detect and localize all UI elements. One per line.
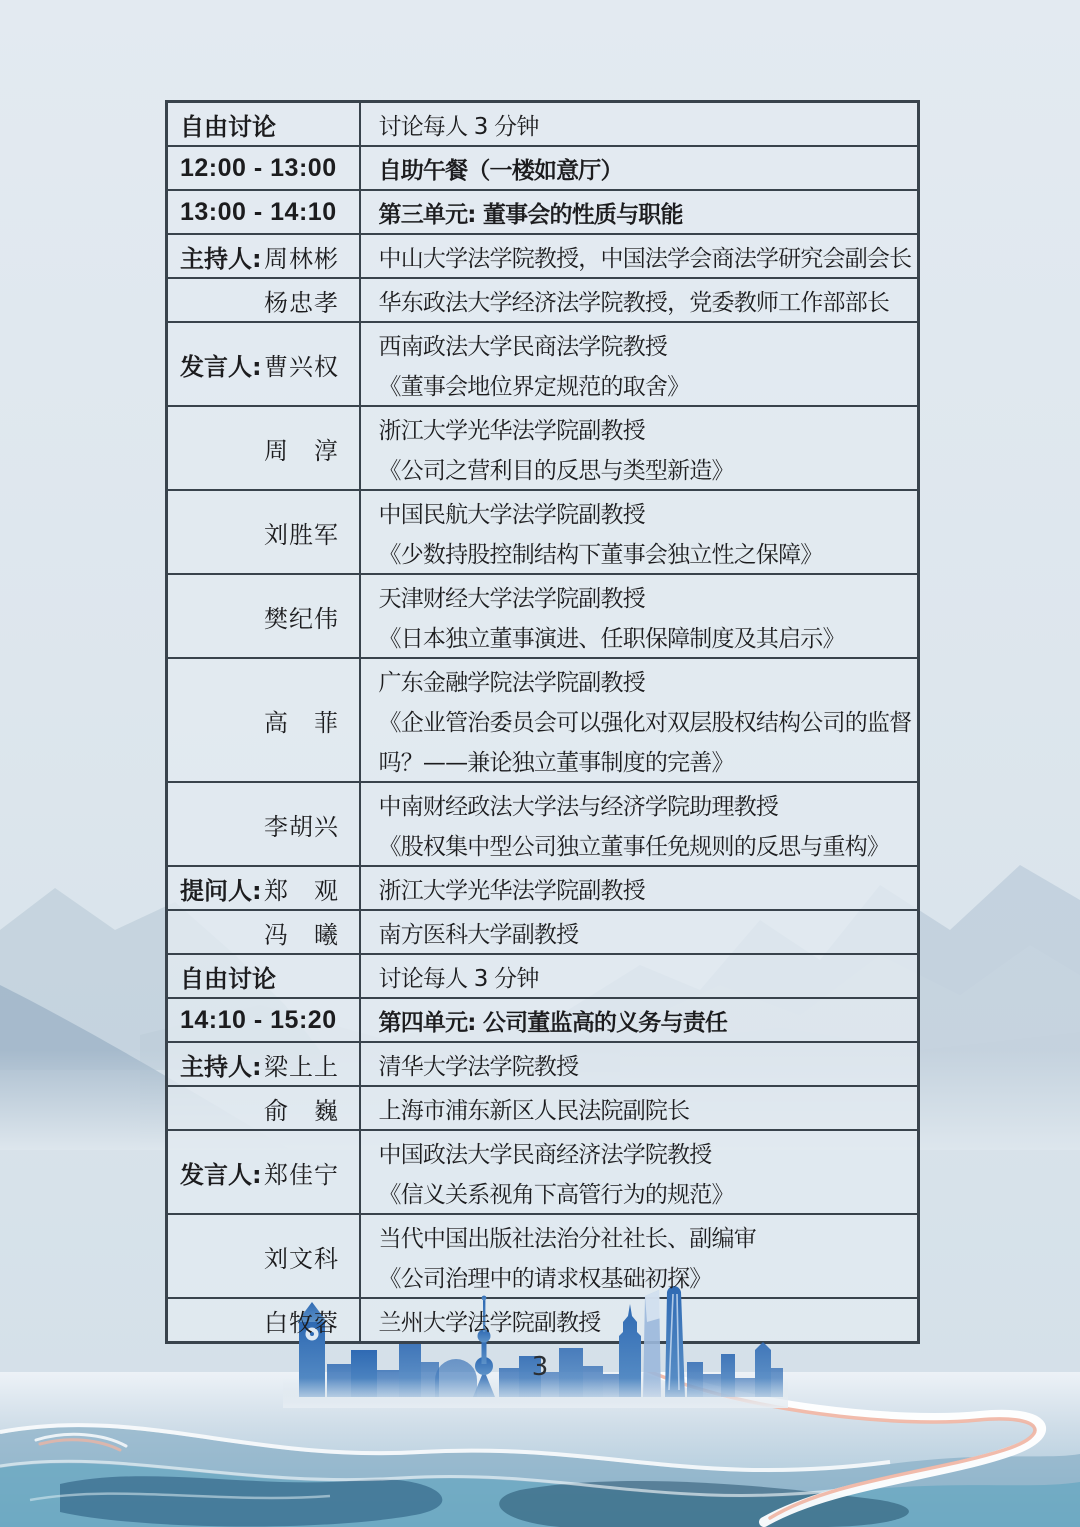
right-cell: 西南政法大学民商法学院教授《董事会地位界定规范的取舍》 [360, 322, 919, 406]
table-row: 白牧蓉兰州大学法学院副教授 [167, 1298, 919, 1343]
left-cell: 13:00 - 14:10 [167, 190, 360, 234]
detail-line: 浙江大学光华法学院副教授 [361, 868, 918, 908]
person-name: 俞 巍 [264, 1091, 339, 1126]
left-cell: 12:00 - 13:00 [167, 146, 360, 190]
detail-line: 中山大学法学院教授，中国法学会商法学研究会副会长 [361, 236, 918, 276]
detail-line: 华东政法大学经济法学院教授，党委教师工作部部长 [361, 280, 918, 320]
right-cell: 自助午餐（一楼如意厅） [360, 146, 919, 190]
detail-line: 中国政法大学民商经济法学院教授 [361, 1132, 918, 1172]
detail-line: 《公司之营利目的反思与类型新造》 [361, 448, 918, 488]
person-name: 冯 曦 [264, 915, 339, 950]
detail-line: 上海市浦东新区人民法院副院长 [361, 1088, 918, 1128]
table-row: 周 淳浙江大学光华法学院副教授《公司之营利目的反思与类型新造》 [167, 406, 919, 490]
table-row: 14:10 - 15:20第四单元: 公司董监高的义务与责任 [167, 998, 919, 1042]
person-name: 刘文科 [264, 1239, 339, 1274]
table-row: 主持人:周林彬中山大学法学院教授，中国法学会商法学研究会副会长 [167, 234, 919, 278]
right-cell: 中南财经政法大学法与经济学院助理教授《股权集中型公司独立董事任免规则的反思与重构… [360, 782, 919, 866]
detail-line: 自助午餐（一楼如意厅） [361, 148, 918, 188]
role-label: 提问人: [180, 871, 264, 906]
detail-line: 中国民航大学法学院副教授 [361, 492, 918, 532]
left-cell: 高 菲 [167, 658, 360, 782]
left-cell: 杨忠孝 [167, 278, 360, 322]
left-cell: 周 淳 [167, 406, 360, 490]
table-row: 自由讨论讨论每人 3 分钟 [167, 102, 919, 147]
left-cell-line: 自由讨论 [168, 956, 359, 996]
table-row: 杨忠孝华东政法大学经济法学院教授，党委教师工作部部长 [167, 278, 919, 322]
left-cell: 自由讨论 [167, 954, 360, 998]
detail-line: 《公司治理中的请求权基础初探》 [361, 1256, 918, 1296]
table-row: 12:00 - 13:00自助午餐（一楼如意厅） [167, 146, 919, 190]
person-name: 刘胜军 [264, 515, 339, 550]
table-row: 刘文科当代中国出版社法治分社社长、副编审《公司治理中的请求权基础初探》 [167, 1214, 919, 1298]
left-cell: 主持人:周林彬 [167, 234, 360, 278]
left-cell-line: 刘文科 [168, 1236, 359, 1276]
role-label: 主持人: [180, 239, 264, 274]
right-cell: 中国政法大学民商经济法学院教授《信义关系视角下高管行为的规范》 [360, 1130, 919, 1214]
role-label: 发言人: [180, 347, 264, 382]
left-cell: 李胡兴 [167, 782, 360, 866]
detail-line: 浙江大学光华法学院副教授 [361, 408, 918, 448]
right-cell: 讨论每人 3 分钟 [360, 102, 919, 147]
time-range: 12:00 - 13:00 [180, 154, 337, 183]
role-label: 主持人: [180, 1047, 264, 1082]
detail-line: 西南政法大学民商法学院教授 [361, 324, 918, 364]
detail-line: 清华大学法学院教授 [361, 1044, 918, 1084]
left-cell: 发言人:曹兴权 [167, 322, 360, 406]
detail-line: 广东金融学院法学院副教授 [361, 660, 918, 700]
left-cell-line: 自由讨论 [168, 104, 359, 144]
detail-line: 吗？——兼论独立董事制度的完善》 [361, 740, 918, 780]
table-row: 主持人:梁上上清华大学法学院教授 [167, 1042, 919, 1086]
time-range: 14:10 - 15:20 [180, 1006, 337, 1035]
left-cell-line: 主持人:梁上上 [168, 1044, 359, 1084]
detail-line: 《少数持股控制结构下董事会独立性之保障》 [361, 532, 918, 572]
right-cell: 第四单元: 公司董监高的义务与责任 [360, 998, 919, 1042]
detail-line: 《股权集中型公司独立董事任免规则的反思与重构》 [361, 824, 918, 864]
left-cell-line: 周 淳 [168, 428, 359, 468]
table-row: 李胡兴中南财经政法大学法与经济学院助理教授《股权集中型公司独立董事任免规则的反思… [167, 782, 919, 866]
table-row: 自由讨论讨论每人 3 分钟 [167, 954, 919, 998]
table-row: 提问人:郑 观浙江大学光华法学院副教授 [167, 866, 919, 910]
page-number: 3 [0, 1352, 1080, 1382]
table-row: 樊纪伟天津财经大学法学院副教授《日本独立董事演进、任职保障制度及其启示》 [167, 574, 919, 658]
right-cell: 南方医科大学副教授 [360, 910, 919, 954]
person-name: 杨忠孝 [264, 283, 339, 318]
right-cell: 上海市浦东新区人民法院副院长 [360, 1086, 919, 1130]
detail-line: 讨论每人 3 分钟 [361, 956, 918, 996]
table-row: 发言人:郑佳宁中国政法大学民商经济法学院教授《信义关系视角下高管行为的规范》 [167, 1130, 919, 1214]
left-cell: 刘胜军 [167, 490, 360, 574]
session-label: 自由讨论 [180, 107, 276, 142]
right-cell: 中山大学法学院教授，中国法学会商法学研究会副会长 [360, 234, 919, 278]
right-cell: 讨论每人 3 分钟 [360, 954, 919, 998]
table-row: 高 菲广东金融学院法学院副教授《企业管治委员会可以强化对双层股权结构公司的监督吗… [167, 658, 919, 782]
detail-line: 《信义关系视角下高管行为的规范》 [361, 1172, 918, 1212]
time-range: 13:00 - 14:10 [180, 198, 337, 227]
left-cell-line: 樊纪伟 [168, 596, 359, 636]
person-name: 曹兴权 [264, 347, 339, 382]
session-label: 自由讨论 [180, 959, 276, 994]
person-name: 樊纪伟 [264, 599, 339, 634]
left-cell-line: 杨忠孝 [168, 280, 359, 320]
detail-line: 《企业管治委员会可以强化对双层股权结构公司的监督 [361, 700, 918, 740]
right-cell: 华东政法大学经济法学院教授，党委教师工作部部长 [360, 278, 919, 322]
person-name: 郑佳宁 [264, 1155, 339, 1190]
detail-line: 第三单元: 董事会的性质与职能 [361, 192, 918, 232]
program-table: 自由讨论讨论每人 3 分钟12:00 - 13:00自助午餐（一楼如意厅）13:… [165, 100, 920, 1344]
detail-line: 讨论每人 3 分钟 [361, 104, 918, 144]
left-cell-line: 主持人:周林彬 [168, 236, 359, 276]
right-cell: 浙江大学光华法学院副教授 [360, 866, 919, 910]
left-cell-line: 发言人:郑佳宁 [168, 1152, 359, 1192]
left-cell-line: 高 菲 [168, 700, 359, 740]
left-cell-line: 13:00 - 14:10 [168, 192, 359, 232]
left-cell-line: 冯 曦 [168, 912, 359, 952]
person-name: 郑 观 [264, 871, 339, 906]
detail-line: 第四单元: 公司董监高的义务与责任 [361, 1000, 918, 1040]
left-cell: 发言人:郑佳宁 [167, 1130, 360, 1214]
left-cell: 刘文科 [167, 1214, 360, 1298]
table-row: 刘胜军中国民航大学法学院副教授《少数持股控制结构下董事会独立性之保障》 [167, 490, 919, 574]
left-cell: 14:10 - 15:20 [167, 998, 360, 1042]
detail-line: 天津财经大学法学院副教授 [361, 576, 918, 616]
right-cell: 兰州大学法学院副教授 [360, 1298, 919, 1343]
left-cell-line: 提问人:郑 观 [168, 868, 359, 908]
table-row: 发言人:曹兴权西南政法大学民商法学院教授《董事会地位界定规范的取舍》 [167, 322, 919, 406]
detail-line: 当代中国出版社法治分社社长、副编审 [361, 1216, 918, 1256]
left-cell-line: 刘胜军 [168, 512, 359, 552]
role-label: 发言人: [180, 1155, 264, 1190]
person-name: 梁上上 [264, 1047, 339, 1082]
right-cell: 清华大学法学院教授 [360, 1042, 919, 1086]
table-row: 冯 曦南方医科大学副教授 [167, 910, 919, 954]
left-cell-line: 发言人:曹兴权 [168, 344, 359, 384]
right-cell: 中国民航大学法学院副教授《少数持股控制结构下董事会独立性之保障》 [360, 490, 919, 574]
person-name: 白牧蓉 [264, 1303, 339, 1338]
person-name: 周 淳 [264, 431, 339, 466]
left-cell: 樊纪伟 [167, 574, 360, 658]
water-waves-graphic [0, 1372, 1080, 1527]
person-name: 周林彬 [264, 239, 339, 274]
left-cell: 俞 巍 [167, 1086, 360, 1130]
table-row: 13:00 - 14:10第三单元: 董事会的性质与职能 [167, 190, 919, 234]
table-row: 俞 巍上海市浦东新区人民法院副院长 [167, 1086, 919, 1130]
left-cell: 主持人:梁上上 [167, 1042, 360, 1086]
right-cell: 浙江大学光华法学院副教授《公司之营利目的反思与类型新造》 [360, 406, 919, 490]
detail-line: 兰州大学法学院副教授 [361, 1300, 918, 1340]
detail-line: 中南财经政法大学法与经济学院助理教授 [361, 784, 918, 824]
right-cell: 广东金融学院法学院副教授《企业管治委员会可以强化对双层股权结构公司的监督吗？——… [360, 658, 919, 782]
detail-line: 南方医科大学副教授 [361, 912, 918, 952]
left-cell: 自由讨论 [167, 102, 360, 147]
left-cell-line: 李胡兴 [168, 804, 359, 844]
detail-line: 《董事会地位界定规范的取舍》 [361, 364, 918, 404]
left-cell-line: 12:00 - 13:00 [168, 148, 359, 188]
right-cell: 天津财经大学法学院副教授《日本独立董事演进、任职保障制度及其启示》 [360, 574, 919, 658]
left-cell: 冯 曦 [167, 910, 360, 954]
person-name: 李胡兴 [264, 807, 339, 842]
left-cell-line: 白牧蓉 [168, 1300, 359, 1340]
left-cell-line: 14:10 - 15:20 [168, 1000, 359, 1040]
detail-line: 《日本独立董事演进、任职保障制度及其启示》 [361, 616, 918, 656]
person-name: 高 菲 [264, 703, 339, 738]
left-cell-line: 俞 巍 [168, 1088, 359, 1128]
left-cell: 白牧蓉 [167, 1298, 360, 1343]
left-cell: 提问人:郑 观 [167, 866, 360, 910]
right-cell: 第三单元: 董事会的性质与职能 [360, 190, 919, 234]
right-cell: 当代中国出版社法治分社社长、副编审《公司治理中的请求权基础初探》 [360, 1214, 919, 1298]
